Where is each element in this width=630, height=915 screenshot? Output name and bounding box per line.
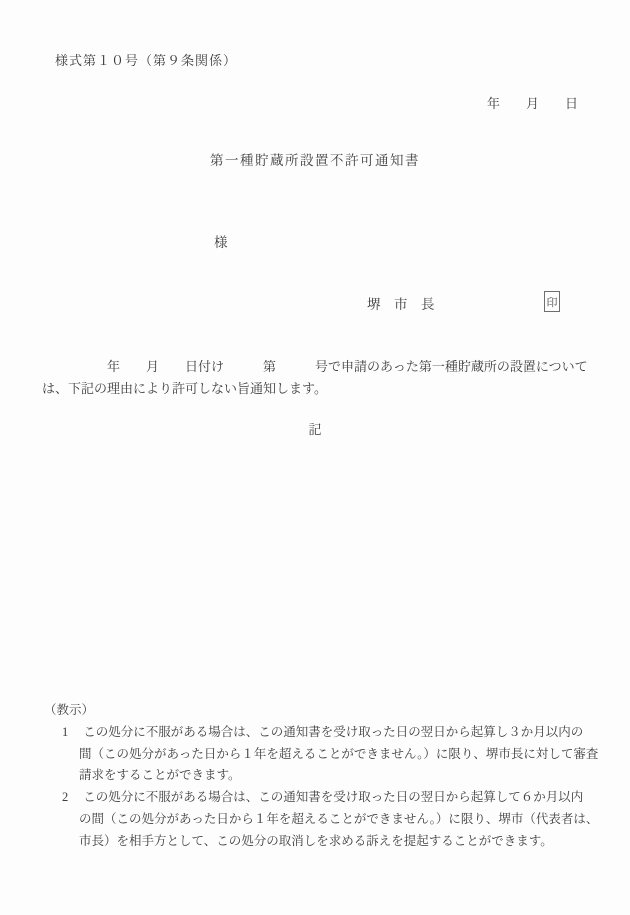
seal-character: 印 — [547, 294, 558, 310]
document-page: 様式第１０号（第９条関係） 年 月 日 第一種貯蔵所設置不許可通知書 様 堺 市… — [0, 0, 630, 915]
item-number: 2 — [62, 787, 68, 809]
instruction-item-2-line-3: 市長）を相手方として、この処分の取消しを求める訴えを提起することができます。 — [42, 831, 598, 853]
body-paragraph: 年 月 日付け 第 号で申請のあった第一種貯蔵所の設置について は、下記の理由に… — [42, 356, 588, 400]
body-line: は、下記の理由により許可しない旨通知します。 — [42, 378, 588, 400]
item-number: 1 — [62, 722, 68, 744]
issuer-name: 堺 市 長 — [367, 293, 435, 313]
date-line: 年 月 日 — [487, 93, 578, 112]
instruction-item-1-line-2: 間（この処分があった日から１年を超えることができません。）に限り、堺市長に対して… — [42, 744, 598, 766]
item-text: この処分に不服がある場合は、この通知書を受け取った日の翌日から起算し３か月以内の — [83, 725, 583, 739]
document-title: 第一種貯蔵所設置不許可通知書 — [0, 149, 630, 169]
instruction-item-1-line-1: 1この処分に不服がある場合は、この通知書を受け取った日の翌日から起算し３か月以内… — [42, 722, 598, 744]
body-line: 年 月 日付け 第 号で申請のあった第一種貯蔵所の設置について — [42, 356, 588, 378]
item-text: この処分に不服がある場合は、この通知書を受け取った日の翌日から起算して６か月以内 — [83, 790, 583, 804]
instruction-item-2-line-1: 2この処分に不服がある場合は、この通知書を受け取った日の翌日から起算して６か月以… — [42, 787, 598, 809]
form-number: 様式第１０号（第９条関係） — [55, 50, 237, 69]
instructions-heading: （教示） — [44, 700, 598, 722]
instruction-item-1-line-3: 請求をすることができます。 — [42, 765, 598, 787]
seal-box: 印 — [544, 291, 560, 312]
addressee-honorific: 様 — [214, 231, 228, 251]
instruction-item-2-line-2: の間（この処分があった日から１年を超えることができません。）に限り、堺市（代表者… — [42, 809, 598, 831]
remark-marker: 記 — [0, 419, 630, 438]
instructions-section: （教示） 1この処分に不服がある場合は、この通知書を受け取った日の翌日から起算し… — [42, 700, 598, 853]
